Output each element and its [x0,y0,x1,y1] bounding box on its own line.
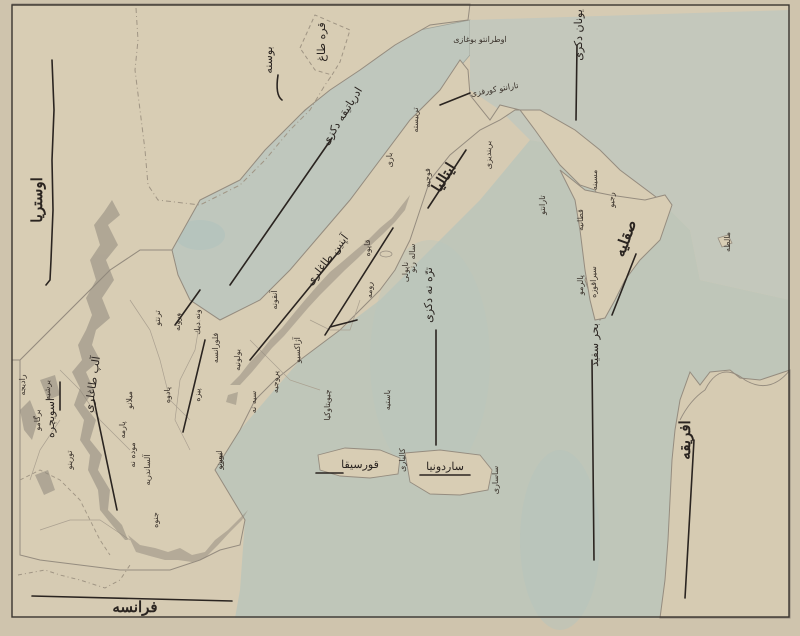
map-canvas: اوستریا قره طاغ بوسنه ایتالیا فرانسه اسو… [0,0,800,636]
